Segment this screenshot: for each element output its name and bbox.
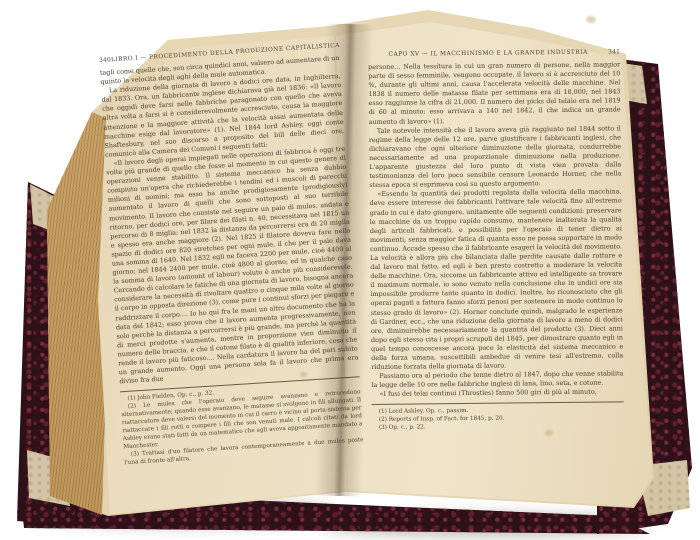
right-header-title: CAPO XV — IL MACCHINISMO E LA GRANDE IND… — [368, 49, 608, 58]
book-photo: 340 LIBRO I — PROCEDIMENTO DELLA PRODUZI… — [0, 0, 700, 540]
foxing-stain — [586, 16, 596, 23]
right-page-text: CAPO XV — IL MACCHINISMO E LA GRANDE IND… — [368, 49, 624, 433]
right-body: persone... Nella tessitura in cui un gra… — [368, 60, 624, 399]
left-paragraph: «Il lavoro degli operai impiegati nelle … — [105, 145, 359, 387]
left-page-number: 340 — [99, 57, 111, 64]
right-paragraph: persone... Nella tessitura in cui un gra… — [368, 60, 621, 126]
right-footnote-rule — [372, 402, 624, 406]
left-footnotes: (1) John Fielden, Op. c., p. 32. (2) Le … — [120, 382, 364, 469]
left-body: tagli come quelle che, son circa quindic… — [100, 54, 360, 387]
left-page-text: 340 LIBRO I — PROCEDIMENTO DELLA PRODUZI… — [99, 43, 364, 468]
right-paragraph: «Essendo la quantità dei prodotti regola… — [369, 188, 623, 373]
right-running-header: CAPO XV — IL MACCHINISMO E LA GRANDE IND… — [368, 49, 620, 58]
right-page-number: 341 — [608, 49, 620, 55]
right-paragraph: Tale notevole intensità che il lavoro av… — [369, 124, 622, 190]
right-paragraph: «I fusi dei telai continui (Throstles) f… — [372, 388, 624, 400]
right-footnotes: (1) Lord Ashley, Op. c., passim. (2) Rep… — [372, 407, 624, 434]
